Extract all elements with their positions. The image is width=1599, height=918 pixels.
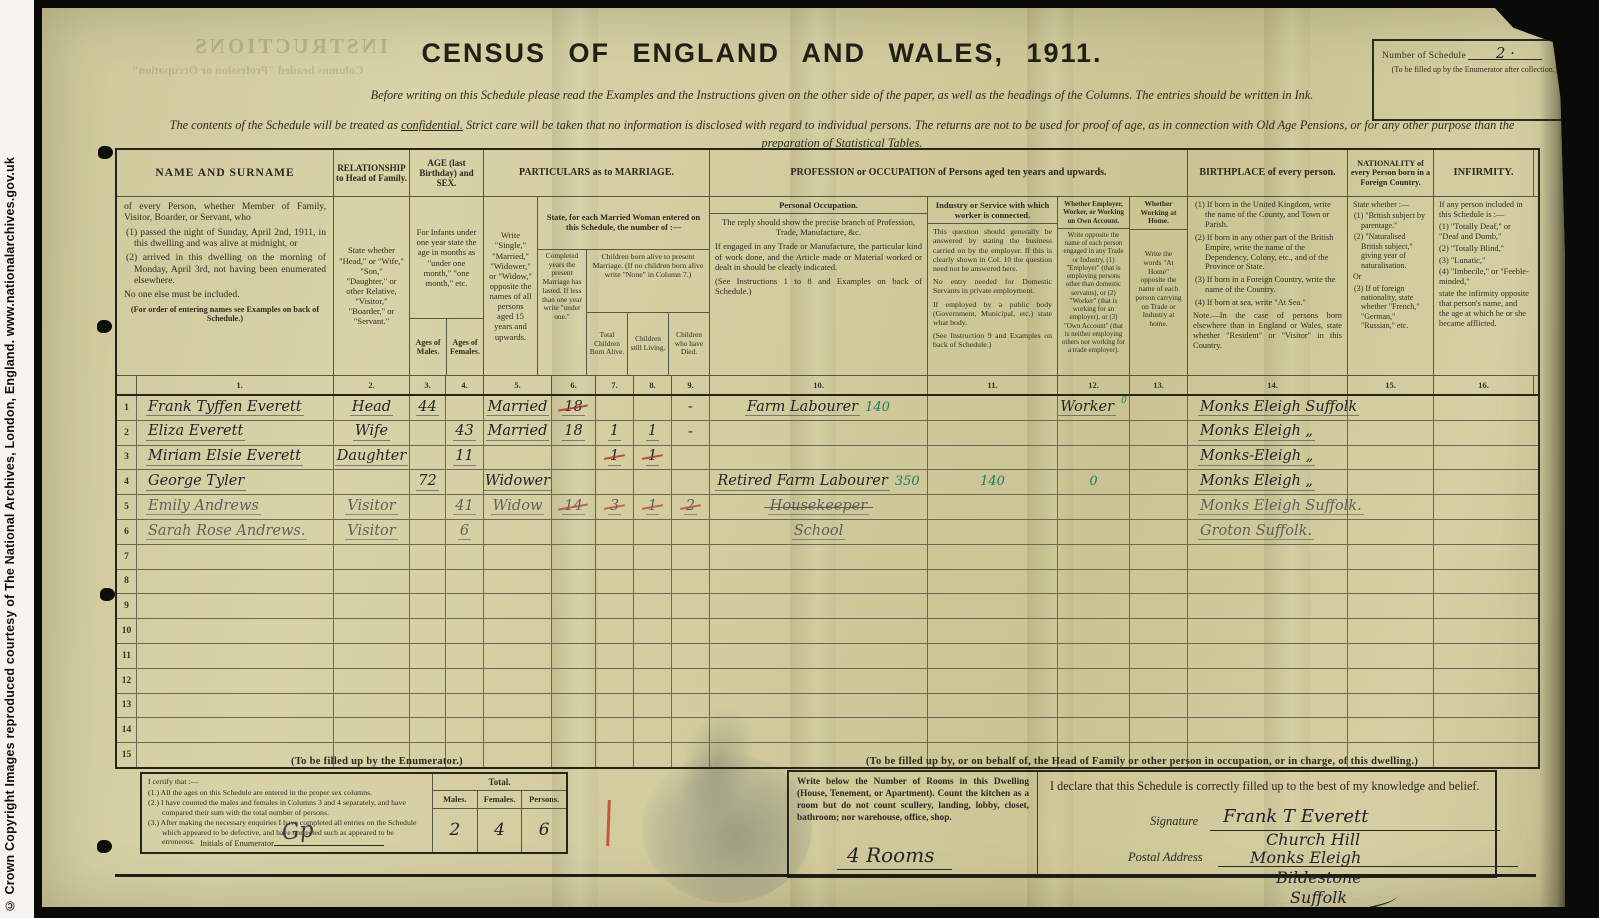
handwritten-entry: Visitor <box>345 499 397 516</box>
desc-marriage-completed: Completed years the present Marriage has… <box>538 250 587 375</box>
cell-birth <box>1188 594 1348 618</box>
cell-emp <box>1058 446 1130 470</box>
desc-age-infants: For Infants under one year state the age… <box>410 197 483 318</box>
cell-died <box>672 694 710 718</box>
handwritten-entry: Married <box>486 400 550 417</box>
cell-emp <box>1058 570 1130 594</box>
cell-marr <box>484 669 552 693</box>
cell-ind <box>928 694 1058 718</box>
schedule-number-label: Number of Schedule <box>1382 51 1466 61</box>
census-schedule-scan: © Crown Copyright Images reproduced cour… <box>0 0 1599 918</box>
cell-birth <box>1188 570 1348 594</box>
column-number: 10. <box>710 376 928 394</box>
cell-m <box>410 619 446 643</box>
cell-name <box>137 545 334 569</box>
table-row: 10 <box>117 619 1538 644</box>
desc-name-3: No one else must be included. <box>124 289 326 300</box>
desc-birthplace-3: (3) If born in a Foreign Country, write … <box>1193 275 1342 295</box>
cell-years <box>552 570 596 594</box>
desc-nationality-0: State whether :— <box>1353 200 1428 209</box>
col-group-nationality: NATIONALITY of every Person born in a Fo… <box>1348 150 1434 196</box>
handwritten-entry: Farm Labourer <box>745 400 860 417</box>
cell-marr <box>484 619 552 643</box>
cell-f: 43 <box>446 421 484 445</box>
header-group-row: NAME AND SURNAME RELATIONSHIP to Head of… <box>117 150 1538 197</box>
col-group-relationship: RELATIONSHIP to Head of Family. <box>334 150 410 196</box>
cell-years <box>552 619 596 643</box>
table-row: 5Emily AndrewsVisitor41Widow14312Houseke… <box>117 495 1538 520</box>
cell-died <box>672 619 710 643</box>
cell-occ <box>710 545 928 569</box>
desc-birthplace-4: (4) If born at sea, write "At Sea." <box>1193 298 1342 308</box>
punch-hole <box>98 146 113 159</box>
cell-died: - <box>672 421 710 445</box>
desc-birthplace-note: Note.—In the case of persons born elsewh… <box>1193 311 1342 351</box>
cell-born <box>596 470 634 494</box>
cell-f <box>446 619 484 643</box>
cell-f <box>446 669 484 693</box>
handwritten-entry: 72 <box>416 474 438 491</box>
handwritten-entry: 1 <box>608 449 621 466</box>
handwritten-entry: 43 <box>453 424 475 441</box>
cell-living <box>634 619 672 643</box>
handwritten-entry: 41 <box>453 499 475 516</box>
enumerator-box: I certify that :— (1.) All the ages on t… <box>140 772 568 854</box>
desc-nationality-1: (1) "British subject by parentage." <box>1353 211 1428 230</box>
confidentiality-post: Strict care will be taken that no inform… <box>463 118 1514 150</box>
handwritten-entry: - <box>686 400 695 416</box>
cell-ind <box>928 594 1058 618</box>
cell-rel: Head <box>334 396 410 420</box>
cell-living <box>634 570 672 594</box>
householder-box: Write below the Number of Rooms in this … <box>787 770 1497 878</box>
cell-born: 1 <box>596 421 634 445</box>
cell-born <box>596 396 634 420</box>
cell-years <box>552 446 596 470</box>
cell-rel <box>334 694 410 718</box>
col-children-living: Children still Living. <box>628 313 669 375</box>
cell-ind: 140 <box>928 470 1058 494</box>
desc-infirmity-3: (3) "Lunatic," <box>1439 256 1529 266</box>
handwritten-entry: 2 <box>684 499 697 516</box>
copyright-strip: © Crown Copyright Images reproduced cour… <box>0 0 34 918</box>
cell-f: 11 <box>446 446 484 470</box>
cell-m <box>410 694 446 718</box>
desc-industry-body1: This question should generally be answer… <box>933 227 1052 273</box>
desc-occupation-body2: If engaged in any Trade or Manufacture, … <box>715 241 922 271</box>
cell-m <box>410 520 446 544</box>
cell-emp <box>1058 545 1130 569</box>
col-group-profession: PROFESSION or OCCUPATION of Persons aged… <box>710 150 1188 196</box>
col-children-died: Children who have Died. <box>669 313 709 375</box>
handwritten-entry: 140 <box>863 401 892 415</box>
handwritten-entry: School <box>792 524 846 541</box>
col-group-marriage: PARTICULARS as to MARRIAGE. <box>484 150 710 196</box>
cell-rel <box>334 619 410 643</box>
handwritten-entry: Emily Andrews <box>146 499 261 516</box>
desc-infirmity-5: state the infirmity opposite that person… <box>1439 289 1529 329</box>
desc-birthplace-1: (1) If born in the United Kingdom, write… <box>1193 200 1342 230</box>
cell-living: 1 <box>634 421 672 445</box>
desc-marriage-children: Children born alive to present Marriage.… <box>587 250 709 313</box>
cell-nat <box>1348 470 1434 494</box>
cell-nat <box>1348 694 1434 718</box>
cell-name: Miriam Elsie Everett <box>137 446 334 470</box>
cell-birth: Monks Eleigh „ <box>1188 470 1348 494</box>
cell-died <box>672 644 710 668</box>
cell-rel <box>334 644 410 668</box>
desc-industry-body2: No entry needed for Domestic Servants in… <box>933 277 1052 295</box>
cell-died <box>672 545 710 569</box>
desc-nationality-2: (2) "Naturalised British subject," givin… <box>1353 232 1428 270</box>
cell-ind <box>928 570 1058 594</box>
handwritten-entry: Frank Tyffen Everett <box>146 400 304 417</box>
punch-hole <box>97 840 112 853</box>
address-line-3: Bildestone <box>1276 868 1362 887</box>
cell-f <box>446 470 484 494</box>
cell-born <box>596 669 634 693</box>
col-children-born: Total Children Born Alive. <box>587 313 628 375</box>
cell-emp <box>1058 495 1130 519</box>
desc-industry-body4: (See Instruction 9 and Examples on back … <box>933 331 1052 349</box>
desc-name-1: (1) passed the night of Sunday, April 2n… <box>124 227 326 250</box>
cell-died <box>672 743 710 767</box>
cell-died: - <box>672 396 710 420</box>
cell-home <box>1130 446 1188 470</box>
cell-rel: Visitor <box>334 520 410 544</box>
desc-industry-body3: If employed by a public body (Government… <box>933 300 1052 328</box>
cell-born <box>596 644 634 668</box>
householder-heading: (To be filled up by, or on behalf of, th… <box>762 756 1522 767</box>
cell-home <box>1130 718 1188 742</box>
cell-f <box>446 396 484 420</box>
punch-hole <box>100 588 115 601</box>
col-group-age: AGE (last Birthday) and SEX. <box>410 150 484 196</box>
cell-name <box>137 694 334 718</box>
cell-years <box>552 694 596 718</box>
cell-f <box>446 594 484 618</box>
handwritten-entry: 140 <box>978 475 1007 489</box>
cell-living <box>634 594 672 618</box>
cell-occ <box>710 694 928 718</box>
row-number: 13 <box>117 694 137 718</box>
row-number: 15 <box>117 743 137 767</box>
handwritten-entry: Worker <box>1058 400 1116 417</box>
cell-name: Eliza Everett <box>137 421 334 445</box>
handwritten-entry: Monks Eleigh „ <box>1198 474 1315 491</box>
cell-m <box>410 718 446 742</box>
cell-marr <box>484 644 552 668</box>
cell-died <box>672 470 710 494</box>
certify-item-1: (1.) All the ages on this Schedule are e… <box>148 788 426 798</box>
cell-name <box>137 594 334 618</box>
handwritten-entry: 1 <box>608 424 621 441</box>
column-number: 9. <box>672 376 710 394</box>
handwritten-entry: Widow <box>491 499 545 516</box>
cell-occ <box>710 669 928 693</box>
rooms-instruction: Write below the Number of Rooms in this … <box>797 777 1029 825</box>
cell-inf <box>1434 570 1534 594</box>
row-number: 6 <box>117 520 137 544</box>
desc-infirmity-4: (4) "Imbecile," or "Feeble-minded," <box>1439 267 1529 287</box>
schedule-number-note: (To be filled up by the Enumerator after… <box>1382 65 1567 75</box>
intro-instruction: Before writing on this Schedule please r… <box>162 88 1522 103</box>
cell-f <box>446 644 484 668</box>
handwritten-entry: Retired Farm Labourer <box>715 474 889 491</box>
handwritten-entry: 1 <box>646 424 659 441</box>
bottom-rule <box>115 874 1536 877</box>
table-body: 1Frank Tyffen EverettHead44Married18-Far… <box>117 396 1538 767</box>
cell-born <box>596 718 634 742</box>
cell-ind <box>928 446 1058 470</box>
cell-born <box>596 545 634 569</box>
cell-ind <box>928 520 1058 544</box>
cell-birth: Monks Eleigh Suffolk <box>1188 396 1348 420</box>
desc-industry-title: Industry or Service with which worker is… <box>928 197 1057 224</box>
cell-home <box>1130 520 1188 544</box>
cell-birth: Monks Eleigh „ <box>1188 421 1348 445</box>
cell-home <box>1130 669 1188 693</box>
desc-marriage-write-text: Write "Single," "Married," "Widower," or… <box>489 230 532 342</box>
certify-item-2: (2.) I have counted the males and female… <box>148 798 426 817</box>
cell-born: 3 <box>596 495 634 519</box>
desc-marriage-write: Write "Single," "Married," "Widower," or… <box>484 197 538 375</box>
column-number: 1. <box>137 376 334 394</box>
cell-living <box>634 743 672 767</box>
cell-occ: Farm Labourer140 <box>710 396 928 420</box>
cell-name <box>137 669 334 693</box>
cell-years: 14 <box>552 495 596 519</box>
signature-label: Signature <box>1150 814 1198 829</box>
cell-marr <box>484 570 552 594</box>
cell-nat <box>1348 520 1434 544</box>
confidentiality-pre: The contents of the Schedule will be tre… <box>170 118 401 132</box>
cell-rel: Wife <box>334 421 410 445</box>
total-males-value: 2 <box>447 822 462 840</box>
desc-home-title: Whether Working at Home. <box>1130 197 1187 230</box>
desc-infirmity-0: If any person included in this Schedule … <box>1439 200 1529 220</box>
cell-living <box>634 396 672 420</box>
cell-rel <box>334 594 410 618</box>
row-number: 5 <box>117 495 137 519</box>
table-row: 1Frank Tyffen EverettHead44Married18-Far… <box>117 396 1538 421</box>
punch-hole <box>97 320 112 333</box>
cell-occ <box>710 718 928 742</box>
desc-occupation-body1: The reply should show the precise branch… <box>715 217 922 237</box>
desc-nationality-4: (3) If of foreign nationality, state whe… <box>1353 284 1428 331</box>
cell-inf <box>1434 520 1534 544</box>
cell-marr: Married <box>484 421 552 445</box>
cell-home <box>1130 396 1188 420</box>
cell-nat <box>1348 669 1434 693</box>
col-group-name: NAME AND SURNAME <box>117 150 334 196</box>
desc-employer: Whether Employer, Worker, or Working on … <box>1058 197 1130 375</box>
column-number: 13. <box>1130 376 1188 394</box>
col-group-birthplace: BIRTHPLACE of every person. <box>1188 150 1348 196</box>
paper-edge <box>1539 8 1565 907</box>
cell-rel: Daughter <box>334 446 410 470</box>
declaration-area: I declare that this Schedule is correctl… <box>1038 772 1495 876</box>
cell-m <box>410 570 446 594</box>
totals-col-males: Males. <box>433 791 478 808</box>
col-ages-females: Ages of Females. <box>447 319 483 375</box>
cell-m <box>410 644 446 668</box>
cell-inf <box>1434 594 1534 618</box>
cell-home <box>1130 694 1188 718</box>
desc-name-2: (2) arrived in this dwelling on the morn… <box>124 252 326 286</box>
handwritten-entry: 18 <box>562 400 584 417</box>
cell-died <box>672 669 710 693</box>
total-persons-value: 6 <box>537 822 552 840</box>
row-number: 1 <box>117 396 137 420</box>
cell-name: Sarah Rose Andrews. <box>137 520 334 544</box>
cell-died <box>672 446 710 470</box>
cell-emp <box>1058 619 1130 643</box>
cell-died <box>672 718 710 742</box>
handwritten-entry: George Tyler <box>146 474 246 491</box>
cell-ind <box>928 669 1058 693</box>
handwritten-entry: 1 <box>646 499 659 516</box>
column-number <box>117 376 137 394</box>
desc-occupation: Personal Occupation. The reply should sh… <box>710 197 928 375</box>
cell-marr <box>484 545 552 569</box>
cell-years <box>552 520 596 544</box>
cell-home <box>1130 644 1188 668</box>
cell-years <box>552 644 596 668</box>
cell-home <box>1130 470 1188 494</box>
cell-years: 18 <box>552 396 596 420</box>
cell-inf <box>1434 694 1534 718</box>
cell-occ: Retired Farm Labourer350 <box>710 470 928 494</box>
table-row: 7 <box>117 545 1538 570</box>
cell-emp: Worker0 <box>1058 396 1130 420</box>
row-number: 11 <box>117 644 137 668</box>
desc-employer-body: Write opposite the name of each person e… <box>1058 229 1129 357</box>
desc-occupation-title: Personal Occupation. <box>710 197 927 214</box>
desc-home: Whether Working at Home. Write the words… <box>1130 197 1188 375</box>
table-row: 3Miriam Elsie EverettDaughter1111Monks-E… <box>117 446 1538 471</box>
totals-title: Total. <box>433 774 566 791</box>
handwritten-entry: Visitor <box>345 524 397 541</box>
census-table: NAME AND SURNAME RELATIONSHIP to Head of… <box>115 148 1540 769</box>
confidentiality-underlined: confidential. <box>401 118 463 132</box>
handwritten-entry: Housekeeper <box>768 499 869 516</box>
cell-inf <box>1434 421 1534 445</box>
rooms-box: Write below the Number of Rooms in this … <box>789 772 1038 876</box>
cell-inf <box>1434 446 1534 470</box>
row-number: 8 <box>117 570 137 594</box>
handwritten-entry: Monks Eleigh Suffolk <box>1198 400 1359 417</box>
cell-f: 6 <box>446 520 484 544</box>
cell-marr <box>484 694 552 718</box>
cell-occ <box>710 644 928 668</box>
page-title: CENSUS OF ENGLAND AND WALES, 1911. <box>282 38 1242 69</box>
cell-nat <box>1348 396 1434 420</box>
desc-employer-title: Whether Employer, Worker, or Working on … <box>1058 197 1129 229</box>
table-row: 14 <box>117 718 1538 743</box>
cell-home <box>1130 545 1188 569</box>
cell-died <box>672 520 710 544</box>
cell-home <box>1130 495 1188 519</box>
cell-years <box>552 718 596 742</box>
desc-infirmity: If any person included in this Schedule … <box>1434 197 1534 375</box>
row-number: 2 <box>117 421 137 445</box>
cell-occ <box>710 446 928 470</box>
cell-born <box>596 594 634 618</box>
cell-f <box>446 718 484 742</box>
cell-nat <box>1348 644 1434 668</box>
cell-birth <box>1188 694 1348 718</box>
handwritten-entry: 6 <box>458 524 471 541</box>
cell-m: 72 <box>410 470 446 494</box>
cell-f: 41 <box>446 495 484 519</box>
desc-name-4: (For order of entering names see Example… <box>124 305 326 324</box>
handwritten-entry: 0 <box>1087 475 1099 489</box>
cell-emp <box>1058 520 1130 544</box>
red-pen-mark <box>606 800 611 846</box>
desc-birthplace: (1) If born in the United Kingdom, write… <box>1188 197 1348 375</box>
cell-inf <box>1434 495 1534 519</box>
row-number: 9 <box>117 594 137 618</box>
cell-rel <box>334 718 410 742</box>
column-number: 6. <box>552 376 596 394</box>
desc-infirmity-1: (1) "Totally Deaf," or "Deaf and Dumb," <box>1439 222 1529 242</box>
handwritten-entry: 11 <box>453 449 475 466</box>
cell-inf <box>1434 644 1534 668</box>
cell-m <box>410 495 446 519</box>
declaration-text: I declare that this Schedule is correctl… <box>1050 779 1487 794</box>
cell-birth <box>1188 619 1348 643</box>
column-number: 12. <box>1058 376 1130 394</box>
cell-living <box>634 644 672 668</box>
cell-years <box>552 545 596 569</box>
handwritten-entry: 350 <box>893 475 922 489</box>
cell-living <box>634 718 672 742</box>
cell-ind <box>928 718 1058 742</box>
handwritten-entry: Monks Eleigh Suffolk. <box>1198 499 1364 516</box>
cell-emp: 0 <box>1058 470 1130 494</box>
handwritten-entry: 1 <box>646 449 659 466</box>
cell-inf <box>1434 669 1534 693</box>
cell-occ: School <box>710 520 928 544</box>
table-row: 8 <box>117 570 1538 595</box>
handwritten-entry: Head <box>350 400 393 417</box>
desc-marriage: Write "Single," "Married," "Widower," or… <box>484 197 710 375</box>
cell-ind <box>928 495 1058 519</box>
enumerator-initials-signature: Gp <box>281 818 315 848</box>
cell-marr <box>484 594 552 618</box>
cell-years: 18 <box>552 421 596 445</box>
handwritten-entry: Groton Suffolk. <box>1198 524 1314 541</box>
cell-name <box>137 619 334 643</box>
table-row: 9 <box>117 594 1538 619</box>
total-females-value: 4 <box>492 822 507 840</box>
cell-marr <box>484 446 552 470</box>
cell-home <box>1130 421 1188 445</box>
desc-relationship-text: State whether "Head," or "Wife," "Son," … <box>339 245 404 326</box>
cell-emp <box>1058 644 1130 668</box>
cell-birth <box>1188 545 1348 569</box>
cell-home <box>1130 619 1188 643</box>
cell-living: 1 <box>634 446 672 470</box>
cell-m <box>410 421 446 445</box>
cell-home <box>1130 594 1188 618</box>
cell-rel: Visitor <box>334 495 410 519</box>
col-group-infirmity: INFIRMITY. <box>1434 150 1534 196</box>
cell-ind <box>928 545 1058 569</box>
cell-birth <box>1188 718 1348 742</box>
cell-marr <box>484 520 552 544</box>
